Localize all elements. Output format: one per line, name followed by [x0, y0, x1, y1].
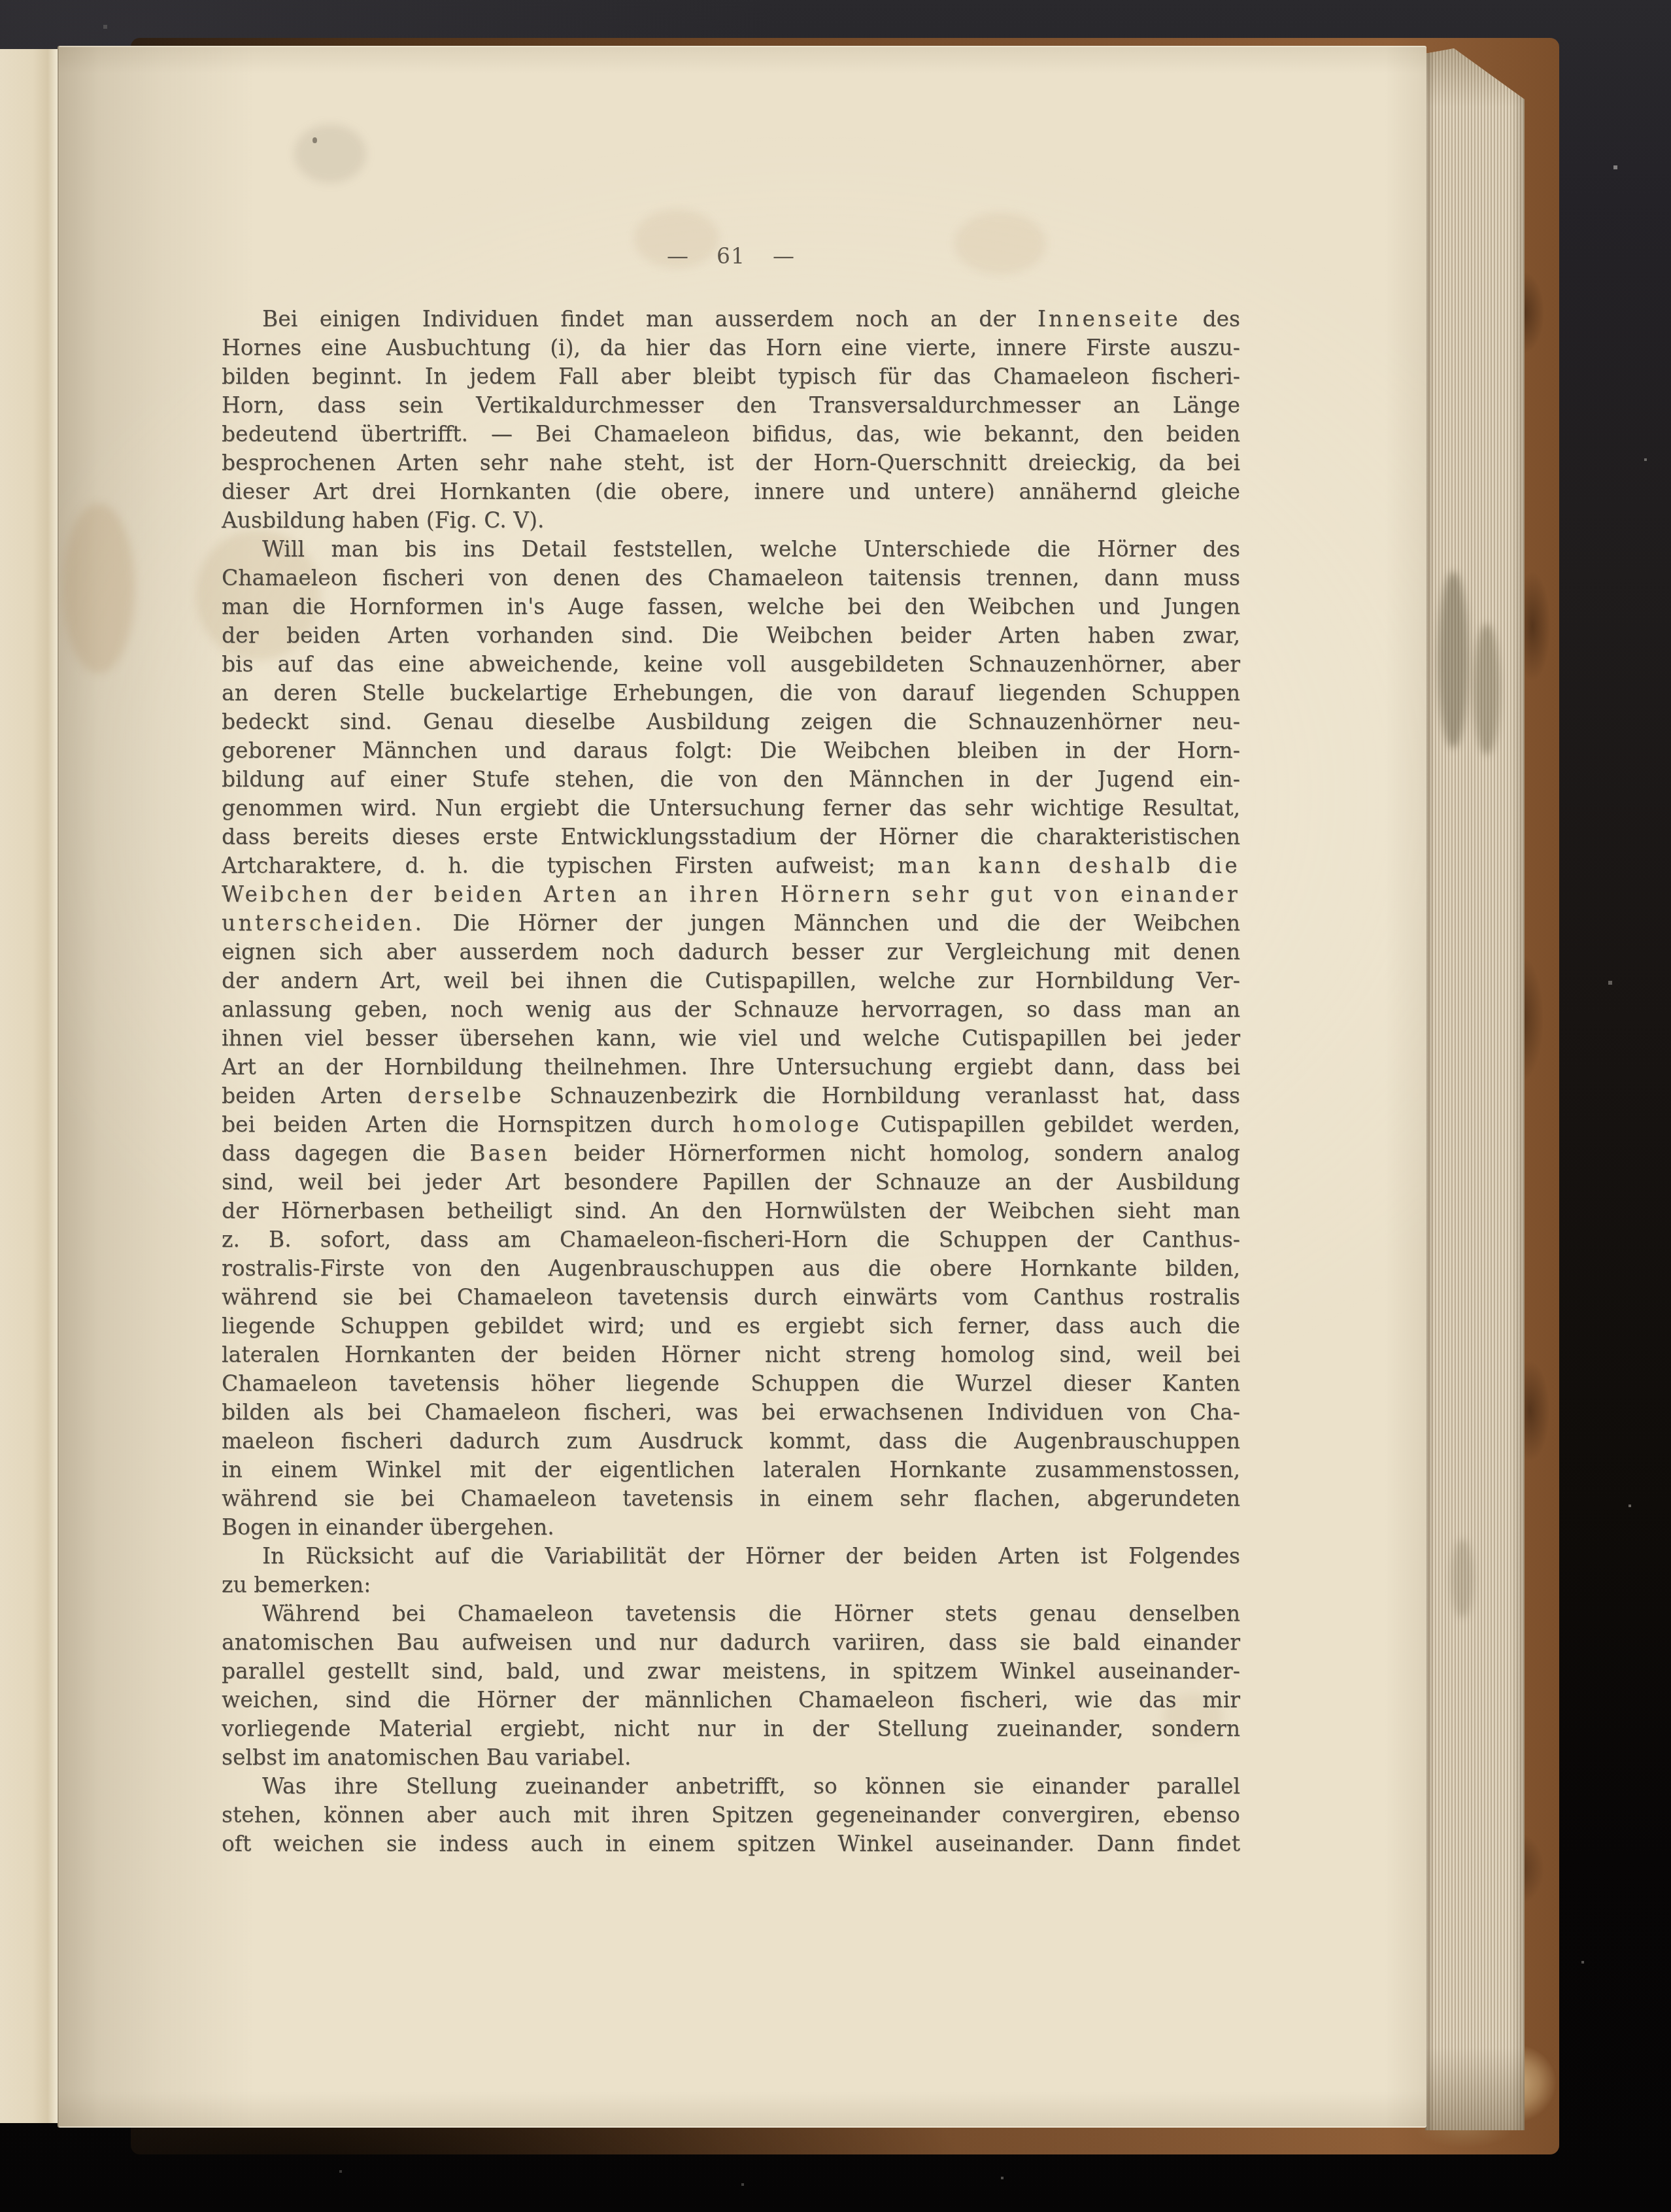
text-line: unterscheiden. Die Hörner der jungen Män… — [222, 909, 1240, 938]
text-segment: anlassung geben, noch wenig aus der Schn… — [222, 996, 1240, 1022]
text-line: Während bei Chamaeleon tavetensis die Hö… — [222, 1599, 1240, 1628]
text-segment: selbst im anatomischen Bau variabel. — [222, 1744, 631, 1770]
text-line: weichen, sind die Hörner der männlichen … — [222, 1686, 1240, 1714]
text-line: ihnen viel besser übersehen kann, wie vi… — [222, 1024, 1240, 1053]
text-segment: zu bemerken: — [222, 1572, 371, 1597]
text-line: Chamaeleon tavetensis höher liegende Sch… — [222, 1369, 1240, 1398]
text-segment: parallel gestellt sind, bald, und zwar m… — [222, 1658, 1240, 1684]
text-segment: Chamaeleon tavetensis höher liegende Sch… — [222, 1370, 1240, 1396]
text-segment: anatomischen Bau aufweisen und nur dadur… — [222, 1629, 1240, 1655]
paragraph: In Rücksicht auf die Variabilität der Hö… — [222, 1542, 1240, 1599]
fore-edge-smudge — [1474, 624, 1500, 755]
text-segment: Art an der Hornbildung theilnehmen. Ihre… — [222, 1054, 1240, 1080]
text-segment: bildung auf einer Stufe stehen, die von … — [222, 766, 1240, 792]
text-line: bis auf das eine abweichende, keine voll… — [222, 650, 1240, 679]
text-line: während sie bei Chamaeleon tavetensis du… — [222, 1283, 1240, 1312]
text-line: bei beiden Arten die Hornspitzen durch h… — [222, 1110, 1240, 1139]
text-line: Artcharaktere, d. h. die typischen First… — [222, 851, 1240, 880]
text-segment: weichen, sind die Hörner der männlichen … — [222, 1687, 1240, 1712]
text-segment: stehen, können aber auch mit ihren Spitz… — [222, 1802, 1240, 1828]
text-segment: Bogen in einander übergehen. — [222, 1514, 554, 1540]
fore-edge-smudge — [1451, 1539, 1474, 1618]
text-segment: der beiden Arten vorhanden sind. Die Wei… — [222, 622, 1240, 648]
text-segment: bis auf das eine abweichende, keine voll… — [222, 651, 1240, 677]
text-segment: dass dagegen die — [222, 1140, 469, 1166]
paper-stain — [294, 124, 366, 183]
text-line: in einem Winkel mit der eigentlichen lat… — [222, 1455, 1240, 1484]
text-line: eignen sich aber ausserdem noch dadurch … — [222, 938, 1240, 966]
text-segment: der Hörnerbasen betheiligt sind. An den … — [222, 1198, 1240, 1223]
text-segment: Will man bis ins Detail feststellen, wel… — [262, 536, 1240, 562]
text-segment: Artcharaktere, d. h. die typischen First… — [222, 853, 898, 878]
text-line: zu bemerken: — [222, 1571, 1240, 1599]
text-segment: Horn, dass sein Vertikaldurchmesser den … — [222, 392, 1240, 418]
paragraph: Was ihre Stellung zueinander anbetrifft,… — [222, 1772, 1240, 1858]
text-line: lateralen Hornkanten der beiden Hörner n… — [222, 1340, 1240, 1369]
text-segment: bilden als bei Chamaeleon fischeri, was … — [222, 1399, 1240, 1425]
text-line: bilden beginnt. In jedem Fall aber bleib… — [222, 362, 1240, 391]
text-line: geborener Männchen und daraus folgt: Die… — [222, 736, 1240, 765]
emphasized-text: man kann deshalb die — [898, 853, 1240, 878]
text-segment: liegende Schuppen gebildet wird; und es … — [222, 1313, 1240, 1338]
header-dash-left: — — [667, 243, 689, 269]
paper-stain — [63, 503, 135, 673]
text-line: der beiden Arten vorhanden sind. Die Wei… — [222, 621, 1240, 650]
text-segment: bedeutend übertrifft. — Bei Chamaeleon b… — [222, 421, 1240, 447]
text-segment: bei beiden Arten die Hornspitzen durch — [222, 1112, 733, 1137]
text-line: In Rücksicht auf die Variabilität der Hö… — [222, 1542, 1240, 1571]
text-line: Chamaeleon fischeri von denen des Chamae… — [222, 564, 1240, 592]
text-line: oft weichen sie indess auch in einem spi… — [222, 1829, 1240, 1858]
paragraph: Während bei Chamaeleon tavetensis die Hö… — [222, 1599, 1240, 1772]
text-line: beiden Arten derselbe Schnauzenbezirk di… — [222, 1081, 1240, 1110]
text-segment: rostralis-Firste von den Augenbrauschupp… — [222, 1255, 1240, 1281]
text-line: der Hörnerbasen betheiligt sind. An den … — [222, 1197, 1240, 1225]
text-segment: Hornes eine Ausbuchtung (i), da hier das… — [222, 335, 1240, 360]
text-segment: geborener Männchen und daraus folgt: Die… — [222, 738, 1240, 763]
text-line: parallel gestellt sind, bald, und zwar m… — [222, 1657, 1240, 1686]
text-segment: maeleon fischeri dadurch zum Ausdruck ko… — [222, 1428, 1240, 1454]
emphasized-text: homologe — [733, 1112, 862, 1137]
text-segment: Cutispapillen gebildet werden, — [862, 1112, 1240, 1137]
text-segment: besprochenen Arten sehr nahe steht, ist … — [222, 450, 1240, 475]
text-line: liegende Schuppen gebildet wird; und es … — [222, 1312, 1240, 1340]
text-segment: Bei einigen Individuen findet man ausser… — [262, 306, 1038, 332]
text-segment: Schnauzenbezirk die Hornbildung veranlas… — [524, 1083, 1240, 1108]
text-block: Bei einigen Individuen findet man ausser… — [222, 305, 1240, 1858]
text-line: bildung auf einer Stufe stehen, die von … — [222, 765, 1240, 794]
paragraph: Bei einigen Individuen findet man ausser… — [222, 305, 1240, 535]
text-line: genommen wird. Nun ergiebt die Untersuch… — [222, 794, 1240, 823]
text-line: bedeutend übertrifft. — Bei Chamaeleon b… — [222, 420, 1240, 449]
text-segment: man die Hornformen in's Auge fassen, wel… — [222, 594, 1240, 619]
text-segment: vorliegende Material ergiebt, nicht nur … — [222, 1716, 1240, 1741]
text-line: Ausbildung haben (Fig. C. V). — [222, 506, 1240, 535]
emphasized-text: Basen — [469, 1140, 550, 1166]
text-line: Horn, dass sein Vertikaldurchmesser den … — [222, 391, 1240, 420]
text-line: anatomischen Bau aufweisen und nur dadur… — [222, 1628, 1240, 1657]
text-line: sind, weil bei jeder Art besondere Papil… — [222, 1168, 1240, 1197]
text-line: Bei einigen Individuen findet man ausser… — [222, 305, 1240, 333]
text-segment: eignen sich aber ausserdem noch dadurch … — [222, 939, 1240, 964]
paragraph: Will man bis ins Detail feststellen, wel… — [222, 535, 1240, 1542]
book-scan-scene: —61— Bei einigen Individuen findet man a… — [0, 0, 1671, 2212]
text-segment: lateralen Hornkanten der beiden Hörner n… — [222, 1342, 1240, 1367]
text-segment: dass bereits dieses erste Entwicklungsst… — [222, 824, 1240, 849]
page-stack-fore-edge — [1425, 48, 1525, 2130]
text-line: selbst im anatomischen Bau variabel. — [222, 1743, 1240, 1772]
text-line: Will man bis ins Detail feststellen, wel… — [222, 535, 1240, 564]
text-line: der andern Art, weil bei ihnen die Cutis… — [222, 966, 1240, 995]
text-segment: ihnen viel besser übersehen kann, wie vi… — [222, 1025, 1240, 1051]
dust-specks — [0, 0, 1, 1]
text-line: z. B. sofort, dass am Chamaeleon-fischer… — [222, 1225, 1240, 1254]
text-segment: Ausbildung haben (Fig. C. V). — [222, 507, 545, 533]
text-line: dass dagegen die Basen beider Hörnerform… — [222, 1139, 1240, 1168]
text-line: vorliegende Material ergiebt, nicht nur … — [222, 1714, 1240, 1743]
text-line: während sie bei Chamaeleon tavetensis in… — [222, 1484, 1240, 1513]
text-segment: Während bei Chamaeleon tavetensis die Hö… — [262, 1601, 1240, 1626]
text-segment: beiden Arten — [222, 1083, 407, 1108]
page-number: 61 — [717, 243, 745, 269]
emphasized-text: derselbe — [407, 1083, 524, 1108]
text-line: bedeckt sind. Genau dieselbe Ausbildung … — [222, 707, 1240, 736]
text-segment: sind, weil bei jeder Art besondere Papil… — [222, 1169, 1240, 1195]
text-line: man die Hornformen in's Auge fassen, wel… — [222, 592, 1240, 621]
text-line: bilden als bei Chamaeleon fischeri, was … — [222, 1398, 1240, 1427]
text-line: Weibchen der beiden Arten an ihren Hörne… — [222, 880, 1240, 909]
header-dash-right: — — [773, 243, 795, 269]
text-segment: des — [1181, 306, 1240, 332]
text-line: dieser Art drei Hornkanten (die obere, i… — [222, 477, 1240, 506]
emphasized-text: unterscheiden. — [222, 910, 424, 936]
text-segment: oft weichen sie indess auch in einem spi… — [222, 1831, 1240, 1856]
previous-page-edge — [0, 49, 63, 2123]
text-line: Art an der Hornbildung theilnehmen. Ihre… — [222, 1053, 1240, 1081]
emphasized-text: Weibchen der beiden Arten an ihren Hörne… — [222, 881, 1240, 907]
text-segment: Was ihre Stellung zueinander anbetrifft,… — [262, 1773, 1240, 1799]
text-segment: während sie bei Chamaeleon tavetensis in… — [222, 1486, 1240, 1511]
text-line: an deren Stelle buckelartige Erhebungen,… — [222, 679, 1240, 707]
text-segment: bilden beginnt. In jedem Fall aber bleib… — [222, 364, 1240, 389]
page-number-header: —61— — [222, 242, 1240, 271]
text-segment: der andern Art, weil bei ihnen die Cutis… — [222, 968, 1240, 993]
emphasized-text: Innenseite — [1038, 306, 1181, 332]
fore-edge-smudge — [1438, 571, 1468, 748]
text-line: besprochenen Arten sehr nahe steht, ist … — [222, 449, 1240, 477]
text-line: anlassung geben, noch wenig aus der Schn… — [222, 995, 1240, 1024]
text-line: Was ihre Stellung zueinander anbetrifft,… — [222, 1772, 1240, 1801]
text-segment: Die Hörner der jungen Männchen und die d… — [424, 910, 1240, 936]
text-line: Bogen in einander übergehen. — [222, 1513, 1240, 1542]
text-segment: z. B. sofort, dass am Chamaeleon-fischer… — [222, 1227, 1240, 1252]
text-line: maeleon fischeri dadurch zum Ausdruck ko… — [222, 1427, 1240, 1455]
text-segment: während sie bei Chamaeleon tavetensis du… — [222, 1284, 1240, 1310]
text-line: stehen, können aber auch mit ihren Spitz… — [222, 1801, 1240, 1829]
text-segment: an deren Stelle buckelartige Erhebungen,… — [222, 680, 1240, 706]
text-segment: beider Hörnerformen nicht homolog, sonde… — [550, 1140, 1240, 1166]
text-segment: genommen wird. Nun ergiebt die Untersuch… — [222, 795, 1240, 821]
text-line: dass bereits dieses erste Entwicklungsst… — [222, 823, 1240, 851]
book-page: —61— Bei einigen Individuen findet man a… — [58, 46, 1426, 2128]
text-segment: in einem Winkel mit der eigentlichen lat… — [222, 1457, 1240, 1482]
text-line: rostralis-Firste von den Augenbrauschupp… — [222, 1254, 1240, 1283]
text-segment: In Rücksicht auf die Variabilität der Hö… — [262, 1543, 1240, 1569]
text-segment: dieser Art drei Hornkanten (die obere, i… — [222, 479, 1240, 504]
ink-speck — [312, 137, 317, 143]
text-line: Hornes eine Ausbuchtung (i), da hier das… — [222, 333, 1240, 362]
text-segment: Chamaeleon fischeri von denen des Chamae… — [222, 565, 1240, 590]
text-segment: bedeckt sind. Genau dieselbe Ausbildung … — [222, 709, 1240, 734]
